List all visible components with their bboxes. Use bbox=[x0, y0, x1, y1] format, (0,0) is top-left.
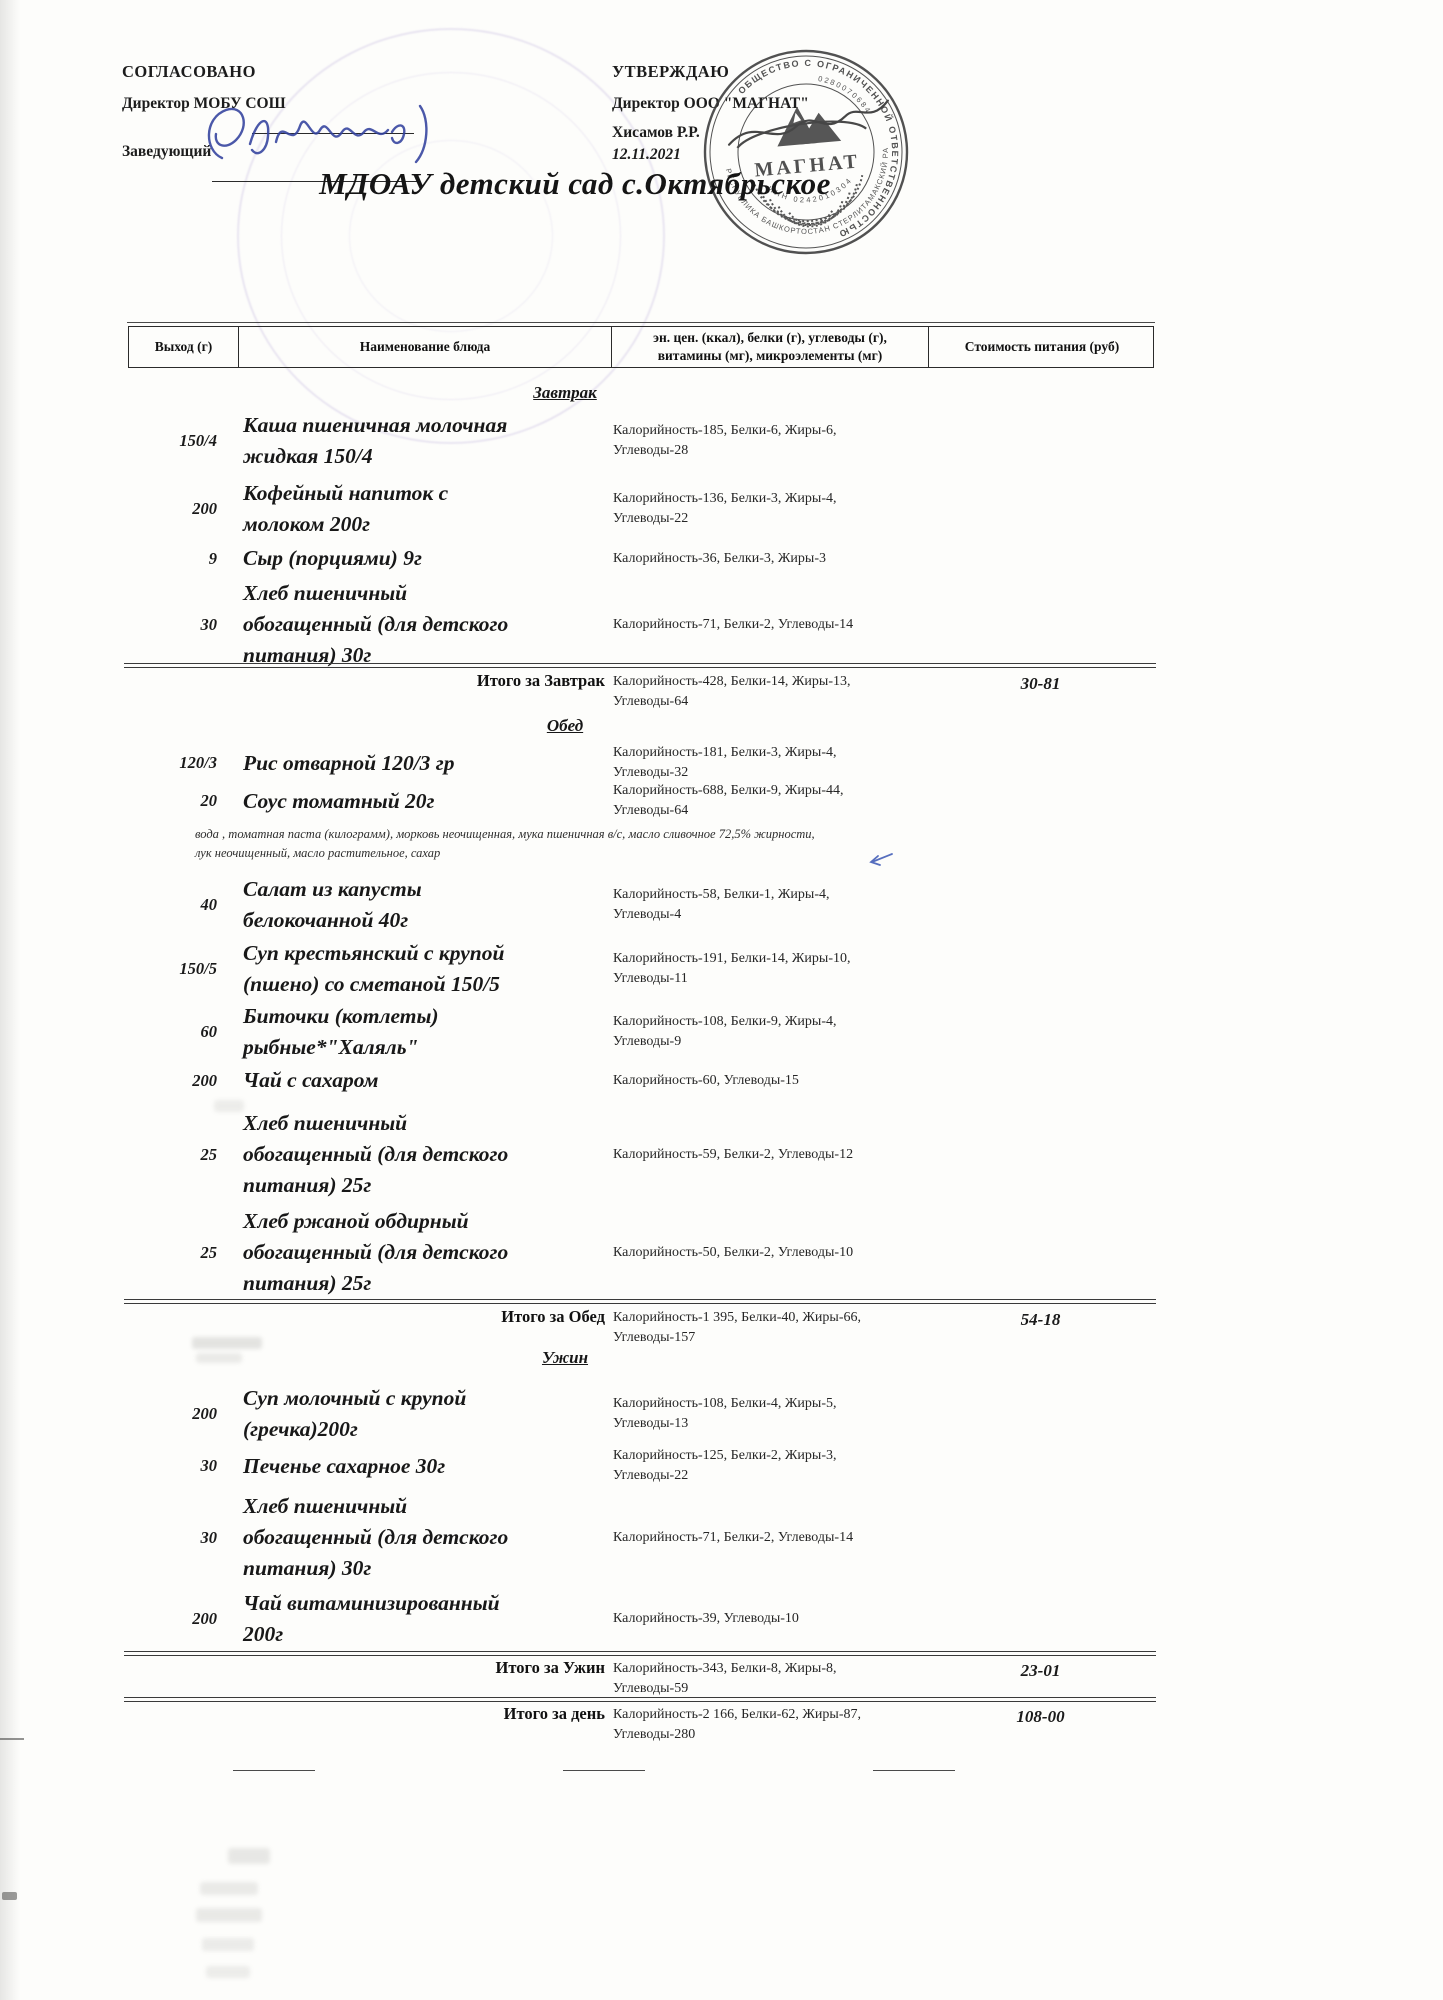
portion-value: 9 bbox=[128, 549, 237, 569]
menu-row: 25 Хлеб пшеничный обогащенный (для детск… bbox=[128, 1108, 1154, 1201]
portion-value: 120/3 bbox=[128, 753, 237, 773]
total-nutrition: Калорийность-2 166, Белки-62, Жиры-87, У… bbox=[610, 1703, 927, 1745]
dish-name: Хлеб пшеничный обогащенный (для детского… bbox=[237, 1491, 610, 1584]
portion-value: 200 bbox=[128, 499, 237, 519]
total-label: Итого за день bbox=[237, 1703, 610, 1724]
scan-smudge bbox=[200, 1882, 258, 1895]
menu-row: 20 Соус томатный 20г Калорийность-688, Б… bbox=[128, 781, 1154, 821]
dish-name: Сыр (порциями) 9г bbox=[237, 543, 610, 574]
separator-line bbox=[124, 1299, 1156, 1304]
dish-name: Салат из капусты белокочанной 40г bbox=[237, 874, 610, 936]
scan-edge-mark bbox=[0, 1738, 24, 1740]
total-cost: 23-01 bbox=[927, 1657, 1154, 1681]
nutrition-info: Калорийность-191, Белки-14, Жиры-10, Угл… bbox=[610, 949, 927, 989]
total-row-breakfast: Итого за Завтрак Калорийность-428, Белки… bbox=[128, 670, 1154, 712]
total-cost: 30-81 bbox=[927, 670, 1154, 694]
nutrition-info: Калорийность-36, Белки-3, Жиры-3 bbox=[610, 549, 927, 569]
portion-value: 20 bbox=[128, 791, 237, 811]
portion-value: 25 bbox=[128, 1145, 237, 1165]
total-label: Итого за Завтрак bbox=[237, 670, 610, 691]
total-row-lunch: Итого за Обед Калорийность-1 395, Белки-… bbox=[128, 1306, 1154, 1348]
total-row-dinner: Итого за Ужин Калорийность-343, Белки-8,… bbox=[128, 1657, 1154, 1699]
menu-row: 30 Хлеб пшеничный обогащенный (для детск… bbox=[128, 578, 1154, 671]
footer-signature-line bbox=[563, 1770, 645, 1771]
total-cost: 108-00 bbox=[927, 1703, 1154, 1727]
nutrition-info: Калорийность-185, Белки-6, Жиры-6, Углев… bbox=[610, 421, 927, 461]
nutrition-info: Калорийность-688, Белки-9, Жиры-44, Угле… bbox=[610, 781, 927, 821]
total-label: Итого за Обед bbox=[237, 1306, 610, 1327]
dish-name: Чай витаминизированный 200г bbox=[237, 1588, 610, 1650]
scan-smudge bbox=[202, 1938, 254, 1951]
portion-value: 200 bbox=[128, 1609, 237, 1629]
total-row-day: Итого за день Калорийность-2 166, Белки-… bbox=[128, 1703, 1154, 1745]
separator-line bbox=[124, 1651, 1156, 1656]
dish-name: Биточки (котлеты) рыбные*"Халяль" bbox=[237, 1001, 610, 1063]
magnat-round-stamp: ОБЩЕСТВО С ОГРАНИЧЕННОЙ ОТВЕТСТВЕННОСТЬЮ… bbox=[691, 37, 921, 267]
portion-value: 150/5 bbox=[128, 959, 237, 979]
footer-signature-line bbox=[873, 1770, 955, 1771]
meal-section-label-dinner: Ужин bbox=[340, 1348, 790, 1368]
menu-row: 150/5 Суп крестьянский с крупой (пшено) … bbox=[128, 938, 1154, 1000]
portion-value: 30 bbox=[128, 1456, 237, 1476]
portion-value: 150/4 bbox=[128, 431, 237, 451]
portion-value: 200 bbox=[128, 1404, 237, 1424]
menu-row: 150/4 Каша пшеничная молочная жидкая 150… bbox=[128, 410, 1154, 472]
portion-value: 200 bbox=[128, 1071, 237, 1091]
col-header-output: Выход (г) bbox=[129, 327, 238, 367]
meal-section-label-lunch: Обед bbox=[340, 716, 790, 736]
menu-row: 200 Чай витаминизированный 200г Калорийн… bbox=[128, 1588, 1154, 1650]
scanned-menu-document: СОГЛАСОВАНО Директор МОБУ СОШ Заведующий… bbox=[0, 0, 1443, 2000]
dish-name: Хлеб ржаной обдирный обогащенный (для де… bbox=[237, 1206, 610, 1299]
dish-name: Печенье сахарное 30г bbox=[237, 1451, 610, 1482]
nutrition-info: Калорийность-136, Белки-3, Жиры-4, Углев… bbox=[610, 489, 927, 529]
separator-line bbox=[124, 1697, 1156, 1702]
nutrition-info: Калорийность-60, Углеводы-15 bbox=[610, 1071, 927, 1091]
ink-arrow-mark bbox=[866, 850, 894, 868]
portion-value: 60 bbox=[128, 1022, 237, 1042]
portion-value: 30 bbox=[128, 1528, 237, 1548]
portion-value: 40 bbox=[128, 895, 237, 915]
portion-value: 25 bbox=[128, 1243, 237, 1263]
scan-smudge bbox=[196, 1353, 242, 1363]
menu-row: 30 Печенье сахарное 30г Калорийность-125… bbox=[128, 1446, 1154, 1486]
nutrition-info: Калорийность-59, Белки-2, Углеводы-12 bbox=[610, 1145, 927, 1165]
dish-name: Чай с сахаром bbox=[237, 1065, 610, 1096]
dish-name: Рис отварной 120/3 гр bbox=[237, 748, 610, 779]
scan-smudge bbox=[206, 1966, 250, 1978]
nutrition-info: Калорийность-108, Белки-9, Жиры-4, Углев… bbox=[610, 1012, 927, 1052]
total-cost: 54-18 bbox=[927, 1306, 1154, 1330]
total-nutrition: Калорийность-428, Белки-14, Жиры-13, Угл… bbox=[610, 670, 927, 712]
dish-name: Соус томатный 20г bbox=[237, 786, 610, 817]
col-header-nutrition: эн. цен. (ккал), белки (г), углеводы (г)… bbox=[611, 327, 928, 367]
menu-row: 200 Чай с сахаром Калорийность-60, Углев… bbox=[128, 1065, 1154, 1096]
ingredients-note: вода , томатная паста (килограмм), морко… bbox=[195, 825, 925, 863]
col-header-cost: Стоимость питания (руб) bbox=[928, 327, 1155, 367]
total-nutrition: Калорийность-343, Белки-8, Жиры-8, Углев… bbox=[610, 1657, 927, 1699]
nutrition-info: Калорийность-181, Белки-3, Жиры-4, Углев… bbox=[610, 743, 927, 783]
total-label: Итого за Ужин bbox=[237, 1657, 610, 1678]
menu-row: 30 Хлеб пшеничный обогащенный (для детск… bbox=[128, 1491, 1154, 1584]
menu-row: 200 Кофейный напиток с молоком 200г Кало… bbox=[128, 478, 1154, 540]
nutrition-info: Калорийность-125, Белки-2, Жиры-3, Углев… bbox=[610, 1446, 927, 1486]
dish-name: Хлеб пшеничный обогащенный (для детского… bbox=[237, 1108, 610, 1201]
nutrition-info: Калорийность-71, Белки-2, Углеводы-14 bbox=[610, 615, 927, 635]
menu-row: 25 Хлеб ржаной обдирный обогащенный (для… bbox=[128, 1206, 1154, 1299]
menu-row: 40 Салат из капусты белокочанной 40г Кал… bbox=[128, 874, 1154, 936]
menu-row: 200 Суп молочный с крупой (гречка)200г К… bbox=[128, 1383, 1154, 1445]
footer-signature-line bbox=[233, 1770, 315, 1771]
approval-left-heading: СОГЛАСОВАНО bbox=[122, 64, 286, 81]
scan-edge-mark bbox=[2, 1892, 17, 1900]
scan-smudge bbox=[214, 1100, 244, 1112]
dish-name: Хлеб пшеничный обогащенный (для детского… bbox=[237, 578, 610, 671]
nutrition-info: Калорийность-71, Белки-2, Углеводы-14 bbox=[610, 1528, 927, 1548]
nutrition-info: Калорийность-39, Углеводы-10 bbox=[610, 1609, 927, 1629]
meal-section-label-breakfast: Завтрак bbox=[340, 383, 790, 403]
scan-smudge bbox=[192, 1337, 262, 1349]
dish-name: Кофейный напиток с молоком 200г bbox=[237, 478, 610, 540]
separator-line bbox=[124, 663, 1156, 668]
menu-row: 60 Биточки (котлеты) рыбные*"Халяль" Кал… bbox=[128, 1001, 1154, 1063]
dish-name: Суп молочный с крупой (гречка)200г bbox=[237, 1383, 610, 1445]
page-title: МДОАУ детский сад с.Октябрьское bbox=[225, 166, 925, 202]
col-header-dish: Наименование блюда bbox=[238, 327, 611, 367]
nutrition-info: Калорийность-50, Белки-2, Углеводы-10 bbox=[610, 1243, 927, 1263]
portion-value: 30 bbox=[128, 615, 237, 635]
scan-smudge bbox=[228, 1848, 270, 1864]
table-header: Выход (г) Наименование блюда эн. цен. (к… bbox=[128, 326, 1154, 368]
faint-round-stamp bbox=[237, 28, 665, 444]
dish-name: Каша пшеничная молочная жидкая 150/4 bbox=[237, 410, 610, 472]
nutrition-info: Калорийность-58, Белки-1, Жиры-4, Углево… bbox=[610, 885, 927, 925]
menu-row: 9 Сыр (порциями) 9г Калорийность-36, Бел… bbox=[128, 543, 1154, 574]
total-nutrition: Калорийность-1 395, Белки-40, Жиры-66, У… bbox=[610, 1306, 927, 1348]
menu-row: 120/3 Рис отварной 120/3 гр Калорийность… bbox=[128, 743, 1154, 783]
dish-name: Суп крестьянский с крупой (пшено) со сме… bbox=[237, 938, 610, 1000]
scan-smudge bbox=[196, 1908, 262, 1922]
nutrition-info: Калорийность-108, Белки-4, Жиры-5, Углев… bbox=[610, 1394, 927, 1434]
